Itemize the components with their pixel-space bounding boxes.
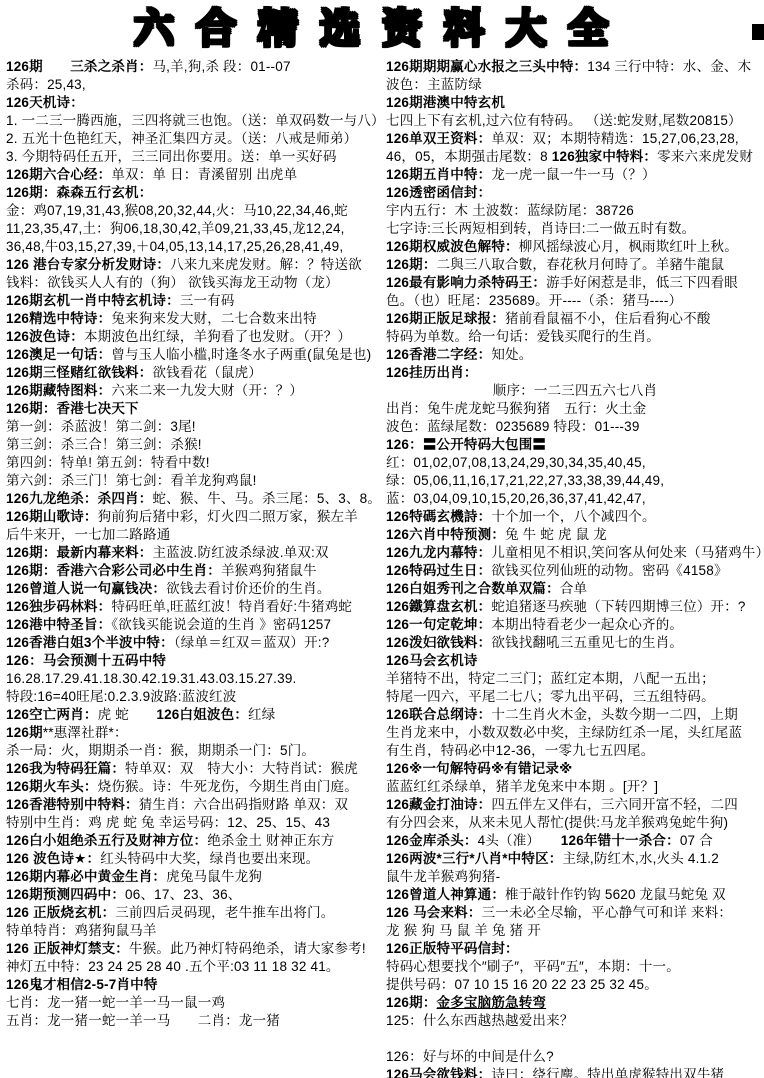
- text-segment: 126期 三杀之杀肖：: [6, 59, 152, 74]
- text-segment: 羊猴鸡狗猪鼠牛: [221, 563, 317, 578]
- text-segment: 126期：最新内幕来料：: [6, 545, 152, 560]
- text-segment: 126六肖中特预测：: [386, 527, 505, 542]
- text-segment: 特单特肖：鸡猪狗鼠马羊: [6, 923, 157, 938]
- text-segment: 126期山歌诗：: [6, 509, 98, 524]
- text-segment: 126马会玄机诗: [386, 653, 478, 668]
- text-segment: 126独步码林料：: [6, 599, 111, 614]
- page: 六合精选资料大全 126期 三杀之杀肖：马,羊,狗,杀 段：01--07杀码：2…: [0, 0, 764, 1078]
- text-segment: 特码为单数。给一句话：爱钱买爬行的生肖。: [386, 329, 660, 344]
- text-segment: 126期：: [386, 257, 437, 272]
- text-line: 126期：最新内幕来料：主蓝波.防红波杀绿波.单双:双: [6, 544, 382, 562]
- text-line: 钱料：欲钱买人人有的（狗） 欲钱买海龙王动物（龙）: [6, 274, 382, 292]
- text-segment: 牛猴。此乃神灯特码绝杀，请大家参考!: [129, 941, 366, 956]
- text-segment: 126期内幕必中黄金生肖：: [6, 869, 166, 884]
- text-segment: 06、17、23、36、: [125, 887, 241, 902]
- text-line: 126 波色诗★：红头特码中大奖，绿肖也要出来现。: [6, 850, 382, 868]
- text-line: 126期**惠澤社群*：: [6, 724, 382, 742]
- text-segment: 第四剑：特单! 第五剑：特看中数!: [6, 455, 210, 470]
- text-line: 龙 猴 狗 马 鼠 羊 兔 猪 开: [386, 922, 764, 940]
- text-line: 126一句定乾坤：本期出特看老少一起众心齐的。: [386, 616, 764, 634]
- text-segment: 46，05，本期强击尾数：8: [386, 149, 552, 164]
- text-segment: 126鐵算盘玄机：: [386, 599, 491, 614]
- text-line: 126期三怪赌红欲钱料：欲钱看花（鼠虎）: [6, 364, 382, 382]
- text-line: 126期玄机一肖中特玄机诗：三一有码: [6, 292, 382, 310]
- text-segment: 四五伴左又伴右，三六同开富不轻，二四: [491, 797, 738, 812]
- text-line: 七字诗:三长两短相到转，肖诗曰:二一做五时有数。: [386, 220, 764, 238]
- text-line: 杀码：25,43,: [6, 76, 382, 94]
- text-line: 126※一句解特码※有错记录※: [386, 760, 764, 778]
- text-segment: 主蓝波.防红波杀绿波.单双:双: [152, 545, 328, 560]
- text-segment: 126期五肖中特：: [386, 167, 491, 182]
- text-line: 波色：蓝绿尾数：0235689 特段：01---39: [386, 418, 764, 436]
- text-line: 126波色诗：本期波色出红绿，羊狗看了也发财。（开？）: [6, 328, 382, 346]
- text-segment: 游手好闲惹是非，低三下四看眼: [546, 275, 738, 290]
- text-segment: 马,羊,狗,杀 段：01--07: [152, 59, 290, 74]
- text-line: 126期山歌诗：狗前狗后猪中彩，灯火四二照万家，猴左羊: [6, 508, 382, 526]
- text-line: 杀一局：火，期期杀一肖：猴，期期杀一门：5门。: [6, 742, 382, 760]
- text-line: 126：〓公开特码大包围〓: [386, 436, 764, 454]
- text-segment: 有分四会来，从来未见人帮忙(提供:马龙羊猴鸡兔蛇牛狗): [386, 815, 728, 830]
- text-segment: 126空亡两肖：: [6, 707, 98, 722]
- text-line: 特码心想要找个″刷子″，平码″五″，本期：十一。: [386, 958, 764, 976]
- text-segment: 红：01,02,07,08,13,24,29,30,34,35,40,45,: [386, 455, 646, 470]
- text-segment: 126期藏特图料：: [6, 383, 111, 398]
- text-segment: 126透密函信封：: [386, 185, 491, 200]
- text-segment: 126正版特平码信封：: [386, 941, 519, 956]
- text-line: 第一剑：杀蓝波！第二剑：3尾!: [6, 418, 382, 436]
- text-segment: 16.28.17.29.41.18.30.42.19.31.43.03.15.2…: [6, 671, 297, 686]
- text-segment: 曾与玉人临小槛,时逢冬水子两重(鼠兔是也): [111, 347, 371, 362]
- text-line: 波色：主蓝防绿: [386, 76, 764, 94]
- text-segment: 126期期期赢心水报之三头中特：: [386, 59, 587, 74]
- text-line: 11,23,35,47,土：狗06,18,30,42,羊09,21,33,45,…: [6, 220, 382, 238]
- text-line: 126期：二與三八取合數，春花秋月何時了。羊豬牛龍鼠: [386, 256, 764, 274]
- text-line: 神灯五中特：23 24 25 28 40 .五个平:03 11 18 32 41…: [6, 958, 382, 976]
- text-segment: 126澳足一句话：: [6, 347, 111, 362]
- text-segment: 欲钱买位列仙班的动物。密码《4158》: [491, 563, 727, 578]
- text-segment: 特码旺单,旺蓝红波！特肖看好:牛猪鸡蛇: [111, 599, 352, 614]
- text-segment: 单双：双；本期特精选：15,27,06,23,28,: [491, 131, 739, 146]
- text-segment: 蛇追猪逐马疾驰（下转四期博三位）开：?: [491, 599, 745, 614]
- text-segment: 126白姐秀刊之合数单双篇：: [386, 581, 560, 596]
- text-segment: 126精选中特诗：: [6, 311, 111, 326]
- text-segment: （绿单＝红双＝蓝双）开:?: [174, 635, 330, 650]
- text-line: 第四剑：特单! 第五剑：特看中数!: [6, 454, 382, 472]
- text-segment: 二與三八取合數，春花秋月何時了。羊豬牛龍鼠: [437, 257, 725, 272]
- text-segment: 柳风摇绿波心月，枫雨欺红叶上秋。: [519, 239, 738, 254]
- text-segment: 126最有影响力杀特码王：: [386, 275, 546, 290]
- text-line: 蓝：03,04,09,10,15,20,26,36,37,41,42,47,: [386, 490, 764, 508]
- text-line: 126澳足一句话：曾与玉人临小槛,时逢冬水子两重(鼠兔是也): [6, 346, 382, 364]
- text-segment: 诗曰：绕行麈。特出单虎猴特出双牛猪: [491, 1067, 724, 1078]
- text-segment: 欲钱去看讨价还价的生肖。: [166, 581, 330, 596]
- text-segment: 本期波色出红绿，羊狗看了也发财。（开？）: [84, 329, 351, 344]
- text-segment: 第六剑：杀三门！第七剑：看羊龙狗鸡鼠!: [6, 473, 257, 488]
- text-segment: 126独家中特料：: [552, 149, 657, 164]
- text-line: 提供号码：07 10 15 16 20 22 23 25 32 45。: [386, 976, 764, 994]
- text-segment: 126期预测四码中：: [6, 887, 125, 902]
- text-segment: 鼠牛龙羊猴鸡狗猪-: [386, 869, 500, 884]
- text-line: 126期六合心经：单双：单 日：青溪留别 出虎单: [6, 166, 382, 184]
- text-segment: 126两波*三行*八肖*中特区：: [386, 851, 563, 866]
- text-segment: 126天机诗：: [6, 95, 84, 110]
- text-segment: 椎于敲针作钓钩 5620 龙鼠马蛇兔 双: [505, 887, 726, 902]
- text-segment: 六来二来一九发大财（开：？）: [111, 383, 303, 398]
- text-line: 126期五肖中特：龙一虎一鼠一牛一马（？）: [386, 166, 764, 184]
- text-segment: 126港中特圣旨：: [6, 617, 111, 632]
- text-line: 126透密函信封：: [386, 184, 764, 202]
- text-segment: 三一未必全尽输，平心静气可和详 来料：: [482, 905, 733, 920]
- text-segment: 126 正版烧玄机：: [6, 905, 115, 920]
- text-segment: 3. 今期特码任五开，三三同出你要用。送：单一买好码: [6, 149, 337, 164]
- text-line: 16.28.17.29.41.18.30.42.19.31.43.03.15.2…: [6, 670, 382, 688]
- text-line: 鼠牛龙羊猴鸡狗猪-: [386, 868, 764, 886]
- text-segment: 07 合: [680, 833, 713, 848]
- text-line: 顺序：一二三四五六七八肖: [386, 382, 764, 400]
- text-line: 126香港二字经：知处。: [386, 346, 764, 364]
- text-segment: 126※一句解特码※有错记录※: [386, 761, 572, 776]
- text-segment: 126波色诗：: [6, 329, 84, 344]
- text-segment: 1. 一二三一腾西施，三四将就三也饱。（送：单双码数一与八）: [6, 113, 382, 128]
- text-line: 126天机诗：: [6, 94, 382, 112]
- text-segment: 特别中生肖：鸡 虎 蛇 兔 幸运号码：12、25、15、43: [6, 815, 330, 830]
- text-segment: 金多宝脑筋急转弯: [437, 995, 547, 1010]
- text-line: 126香港特别中特料：猜生肖：六合出码指财路 单双：双: [6, 796, 382, 814]
- text-line: 3. 今期特码任五开，三三同出你要用。送：单一买好码: [6, 148, 382, 166]
- text-line: 126最有影响力杀特码王：游手好闲惹是非，低三下四看眼: [386, 274, 764, 292]
- page-title: 六合精选资料大全: [0, 0, 764, 58]
- content-columns: 126期 三杀之杀肖：马,羊,狗,杀 段：01--07杀码：25,43,126天…: [0, 58, 764, 1078]
- text-segment: 126一句定乾坤：: [386, 617, 491, 632]
- text-segment: 第三剑：杀三合！第三剑：杀猴!: [6, 437, 202, 452]
- text-segment: 蓝：03,04,09,10,15,20,26,36,37,41,42,47,: [386, 491, 646, 506]
- text-segment: 126期：: [386, 995, 437, 1010]
- text-segment: 单双：单 日：青溪留别 出虎单: [111, 167, 297, 182]
- text-segment: 提供号码：07 10 15 16 20 22 23 25 32 45。: [386, 977, 658, 992]
- text-line: 第六剑：杀三门！第七剑：看羊龙狗鸡鼠!: [6, 472, 382, 490]
- text-line: 126六肖中特预测：兔 牛 蛇 虎 鼠 龙: [386, 526, 764, 544]
- text-line: 蓝蓝红红杀绿单，猪羊龙兔来中本期 。[开？]: [386, 778, 764, 796]
- left-column: 126期 三杀之杀肖：马,羊,狗,杀 段：01--07杀码：25,43,126天…: [0, 58, 382, 1030]
- text-line: 126空亡两肖：虎 蛇 126白姐波色：红绿: [6, 706, 382, 724]
- text-segment: 126九龙绝杀：杀四肖：: [6, 491, 152, 506]
- text-segment: 126：〓公开特码大包围〓: [386, 437, 546, 452]
- text-segment: 本期出特看老少一起众心齐的。: [491, 617, 683, 632]
- text-line: 126期：香港七决天下: [6, 400, 382, 418]
- text-segment: 126期港澳中特玄机: [386, 95, 505, 110]
- text-segment: 八来九来虎发财。解：？特送欲: [170, 257, 362, 272]
- text-segment: 绿：05,06,11,16,17,21,22,27,33,38,39,44,49…: [386, 473, 664, 488]
- text-line: 第三剑：杀三合！第三剑：杀猴!: [6, 436, 382, 454]
- text-segment: 兔来狗来发大财，二七合数来出特: [111, 311, 317, 326]
- text-line: 126九龙内幕特：儿童相见不相识,笑问客从何处来（马猪鸡牛）: [386, 544, 764, 562]
- text-segment: 134 三行中特：水、金、木: [587, 59, 751, 74]
- text-segment: 主绿,防红木,水,火头 4.1.2: [563, 851, 719, 866]
- text-segment: 色。（也）旺尾：235689。开----（杀：猪马----）: [386, 293, 682, 308]
- text-segment: 《欲钱买能说会道的生肖 》密码1257: [111, 617, 331, 632]
- text-line: 126金库杀头：4头（准） 126年错十一杀合：07 合: [386, 832, 764, 850]
- text-line: 126马会玄机诗: [386, 652, 764, 670]
- text-segment: 生肖龙来中，小数双数必中奖，主绿防红杀一尾，头红尾蓝: [386, 725, 742, 740]
- text-segment: 2. 五光十色艳红天，神圣汇集四方灵。（送：八戒是师弟）: [6, 131, 357, 146]
- text-segment: 波色：蓝绿尾数：0235689 特段：01---39: [386, 419, 640, 434]
- text-line: 126独步码林料：特码旺单,旺蓝红波！特肖看好:牛猪鸡蛇: [6, 598, 382, 616]
- text-segment: 126我为特码狂篇：: [6, 761, 125, 776]
- text-segment: 三一有码: [180, 293, 235, 308]
- text-line: 126曾道人说一句赢钱决：欲钱去看讨价还价的生肖。: [6, 580, 382, 598]
- text-line: 126马会欲钱料：诗曰：绕行麈。特出单虎猴特出双牛猪: [386, 1066, 764, 1078]
- text-line: 126期港澳中特玄机: [386, 94, 764, 112]
- corner-mark: [752, 24, 764, 40]
- text-line: 126白小姐绝杀五行及财神方位：绝杀金土 财神正东方: [6, 832, 382, 850]
- text-segment: 126年错十一杀合：: [561, 833, 680, 848]
- text-segment: 羊猪特不出，特定二三门；蓝红定本期，八配一五出；: [386, 671, 715, 686]
- text-segment: 有生肖，特码必中12-36，一零九七五四尾。: [386, 743, 654, 758]
- text-segment: 126：好与坏的中间是什么?: [386, 1049, 554, 1064]
- text-line: 36,48,牛03,15,27,39,＋04,05,13,14,17,25,26…: [6, 238, 382, 256]
- text-segment: 126期火车头：: [6, 779, 98, 794]
- text-segment: 狗前狗后猪中彩，灯火四二照万家，猴左羊: [98, 509, 358, 524]
- text-segment: 125：什么东西越热越爱出来？: [386, 1013, 574, 1028]
- text-segment: 第一剑：杀蓝波！第二剑：3尾!: [6, 419, 196, 434]
- text-segment: 特尾一四六，平尾二七八；零九出平码，三五组特码。: [386, 689, 715, 704]
- text-segment: 126期：森森五行玄机：: [6, 185, 152, 200]
- text-line: 特码为单数。给一句话：爱钱买爬行的生肖。: [386, 328, 764, 346]
- text-segment: 后牛来开，一七加二路路通: [6, 527, 170, 542]
- text-segment: 龙一虎一鼠一牛一马（？）: [491, 167, 655, 182]
- text-segment: 126藏金打油诗：: [386, 797, 491, 812]
- text-line: 2. 五光十色艳红天，神圣汇集四方灵。（送：八戒是师弟）: [6, 130, 382, 148]
- text-line: 46，05，本期强击尾数：8 126独家中特料：零来六来虎发财: [386, 148, 764, 166]
- text-line: 126期内幕必中黄金生肖：虎兔马鼠牛龙狗: [6, 868, 382, 886]
- text-line: 126白姐秀刊之合数单双篇：合单: [386, 580, 764, 598]
- text-segment: 126期权威波色解特：: [386, 239, 519, 254]
- text-segment: 特段:16=40旺尾:0.2.3.9波路:蓝波红波: [6, 689, 236, 704]
- text-line: 126期藏特图料：六来二来一九发大财（开：？）: [6, 382, 382, 400]
- text-segment: 126金库杀头：: [386, 833, 478, 848]
- text-segment: 126香港白姐3个半波中特：: [6, 635, 174, 650]
- text-segment: 126期：香港六合彩公司必中生肖：: [6, 563, 221, 578]
- text-segment: 126期六合心经：: [6, 167, 111, 182]
- text-line: 126两波*三行*八肖*中特区：主绿,防红木,水,火头 4.1.2: [386, 850, 764, 868]
- text-line: 有分四会来，从来未见人帮忙(提供:马龙羊猴鸡兔蛇牛狗): [386, 814, 764, 832]
- text-line: 126我为特码狂篇：特单双：双 特大小：大特肖试：猴虎: [6, 760, 382, 778]
- text-segment: 烧伤猴。诗：牛死龙伤，今期生肖由门庭。: [98, 779, 358, 794]
- text-segment: 五肖：龙一猪一蛇一羊一马 二肖：龙一猪: [6, 1013, 280, 1028]
- text-segment: 126香港二字经：: [386, 347, 491, 362]
- text-segment: 杀码：25,43,: [6, 77, 86, 92]
- text-segment: 126马会欲钱料：: [386, 1067, 491, 1078]
- text-line: 特段:16=40旺尾:0.2.3.9波路:蓝波红波: [6, 688, 382, 706]
- text-segment: 126特码过生日：: [386, 563, 491, 578]
- text-line: 羊猪特不出，特定二三门；蓝红定本期，八配一五出；: [386, 670, 764, 688]
- text-line: 125：什么东西越热越爱出来？: [386, 1012, 764, 1030]
- text-segment: 红头特码中大奖，绿肖也要出来现。: [100, 851, 319, 866]
- text-line: 特别中生肖：鸡 虎 蛇 兔 幸运号码：12、25、15、43: [6, 814, 382, 832]
- text-line: 126 马会来料：三一未必全尽输，平心静气可和详 来料：: [386, 904, 764, 922]
- text-segment: 合单: [560, 581, 587, 596]
- text-segment: 126期正版足球报：: [386, 311, 505, 326]
- text-line: 126联合总纲诗：十二生肖火木金，头数今期一二四，上期: [386, 706, 764, 724]
- text-line: 126期期期赢心水报之三头中特：134 三行中特：水、金、木: [386, 58, 764, 76]
- text-segment: 欲钱找翻吼三五重见七的生肖。: [491, 635, 683, 650]
- text-line: 126单双王资料：单双：双；本期特精选：15,27,06,23,28,: [386, 130, 764, 148]
- text-segment: 126曾道人说一句赢钱决：: [6, 581, 166, 596]
- text-line: 特单特肖：鸡猪狗鼠马羊: [6, 922, 382, 940]
- text-line: 红：01,02,07,08,13,24,29,30,34,35,40,45,: [386, 454, 764, 472]
- text-line: 126挂历出肖：: [386, 364, 764, 382]
- text-segment: 七肖：龙一猪一蛇一羊一马一鼠一鸡: [6, 995, 225, 1010]
- text-segment: 126香港特别中特料：: [6, 797, 139, 812]
- text-segment: 11,23,35,47,土：狗06,18,30,42,羊09,21,33,45,…: [6, 221, 345, 236]
- text-segment: 七字诗:三长两短相到转，肖诗曰:二一做五时有数。: [386, 221, 695, 236]
- text-segment: 宇内五行：木 土波数：蓝绿防尾：38726: [386, 203, 634, 218]
- text-segment: 绝杀金土 财神正东方: [207, 833, 334, 848]
- text-segment: 126期: [6, 725, 43, 740]
- text-segment: 126鬼才相信2-5-7肖中特: [6, 977, 158, 992]
- text-line: 126期正版足球报：猪前看鼠福不小，住后看狗心不酸: [386, 310, 764, 328]
- right-column: 126期期期赢心水报之三头中特：134 三行中特：水、金、木波色：主蓝防绿126…: [382, 58, 764, 1078]
- text-segment: 出肖：兔牛虎龙蛇马猴狗猪 五行：火土金: [386, 401, 646, 416]
- text-segment: 特码心想要找个″刷子″，平码″五″，本期：十一。: [386, 959, 680, 974]
- text-line: 生肖龙来中，小数双数必中奖，主绿防红杀一尾，头红尾蓝: [386, 724, 764, 742]
- text-segment: 钱料：欲钱买人人有的（狗） 欲钱买海龙王动物（龙）: [6, 275, 339, 290]
- title-row: 六合精选资料大全: [0, 0, 764, 58]
- text-line: 七四上下有玄机,过六位有特码。 （送:蛇发财,尾数20815）: [386, 112, 764, 130]
- text-line: 126期火车头：烧伤猴。诗：牛死龙伤，今期生肖由门庭。: [6, 778, 382, 796]
- text-line: 126精选中特诗：兔来狗来发大财，二七合数来出特: [6, 310, 382, 328]
- text-line: 126泼妇欲钱料：欲钱找翻吼三五重见七的生肖。: [386, 634, 764, 652]
- text-segment: 杀一局：火，期期杀一肖：猴，期期杀一门：5门。: [6, 743, 315, 758]
- text-segment: 猜生肖：六合出码指财路 单双：双: [139, 797, 348, 812]
- text-line: 1. 一二三一腾西施，三四将就三也饱。（送：单双码数一与八）: [6, 112, 382, 130]
- text-segment: 126联合总纲诗：: [386, 707, 491, 722]
- text-line: 126鬼才相信2-5-7肖中特: [6, 976, 382, 994]
- text-segment: 126曾道人神算通：: [386, 887, 505, 902]
- text-segment: 126 马会来料：: [386, 905, 482, 920]
- text-line: 五肖：龙一猪一蛇一羊一马 二肖：龙一猪: [6, 1012, 382, 1030]
- text-line: 126曾道人神算通：椎于敲针作钓钩 5620 龙鼠马蛇兔 双: [386, 886, 764, 904]
- text-segment: **惠澤社群*：: [43, 725, 128, 740]
- text-line: 126正版特平码信封：: [386, 940, 764, 958]
- text-line: 后牛来开，一七加二路路通: [6, 526, 382, 544]
- text-segment: 126 波色诗★：: [6, 851, 100, 866]
- text-segment: 十二生肖火木金，头数今期一二四，上期: [491, 707, 738, 722]
- text-line: 126鐵算盘玄机：蛇追猪逐马疾驰（下转四期博三位）开：?: [386, 598, 764, 616]
- text-segment: 虎 蛇: [98, 707, 157, 722]
- text-line: 126：马会预测十五码中特: [6, 652, 382, 670]
- text-segment: 126特碼玄機詩：: [386, 509, 491, 524]
- text-line: [386, 1030, 764, 1048]
- text-segment: 126挂历出肖：: [386, 365, 478, 380]
- text-line: 出肖：兔牛虎龙蛇马猴狗猪 五行：火土金: [386, 400, 764, 418]
- text-segment: 126 正版神灯禁支：: [6, 941, 129, 956]
- text-segment: 零来六来虎发财: [657, 149, 753, 164]
- text-line: 126特碼玄機詩：十个加一个，八个减四个。: [386, 508, 764, 526]
- text-segment: 十个加一个，八个减四个。: [491, 509, 655, 524]
- text-segment: 虎兔马鼠牛龙狗: [166, 869, 262, 884]
- text-segment: 三前四后灵码现，老牛推车出将门。: [115, 905, 334, 920]
- text-segment: 特单双：双 特大小：大特肖试：猴虎: [125, 761, 358, 776]
- text-segment: 126泼妇欲钱料：: [386, 635, 491, 650]
- text-segment: 126期：香港七决天下: [6, 401, 139, 416]
- text-line: 有生肖，特码必中12-36，一零九七五四尾。: [386, 742, 764, 760]
- text-line: 宇内五行：木 土波数：蓝绿防尾：38726: [386, 202, 764, 220]
- text-segment: 126白小姐绝杀五行及财神方位：: [6, 833, 207, 848]
- text-segment: 4头（准）: [478, 833, 561, 848]
- text-line: 126期：森森五行玄机：: [6, 184, 382, 202]
- text-line: 126特码过生日：欲钱买位列仙班的动物。密码《4158》: [386, 562, 764, 580]
- text-segment: 36,48,牛03,15,27,39,＋04,05,13,14,17,25,26…: [6, 239, 343, 254]
- text-segment: 神灯五中特：23 24 25 28 40 .五个平:03 11 18 32 41…: [6, 959, 340, 974]
- text-line: 126 港台专家分析发财诗：八来九来虎发财。解：？特送欲: [6, 256, 382, 274]
- text-line: 126期 三杀之杀肖：马,羊,狗,杀 段：01--07: [6, 58, 382, 76]
- text-segment: 欲钱看花（鼠虎）: [152, 365, 262, 380]
- text-line: 126 正版烧玄机：三前四后灵码现，老牛推车出将门。: [6, 904, 382, 922]
- text-line: 特尾一四六，平尾二七八；零九出平码，三五组特码。: [386, 688, 764, 706]
- text-segment: 七四上下有玄机,过六位有特码。 （送:蛇发财,尾数20815）: [386, 113, 742, 128]
- text-line: 126 正版神灯禁支：牛猴。此乃神灯特码绝杀，请大家参考!: [6, 940, 382, 958]
- text-segment: 波色：主蓝防绿: [386, 77, 482, 92]
- text-segment: 金：鸡07,19,31,43,猴08,20,32,44,火：马10,22,34,…: [6, 203, 348, 218]
- text-segment: 红绿: [248, 707, 275, 722]
- text-line: 七肖：龙一猪一蛇一羊一马一鼠一鸡: [6, 994, 382, 1012]
- text-segment: 儿童相见不相识,笑问客从何处来（马猪鸡牛）: [491, 545, 764, 560]
- text-segment: 126九龙内幕特：: [386, 545, 491, 560]
- text-line: 126期权威波色解特：柳风摇绿波心月，枫雨欺红叶上秋。: [386, 238, 764, 256]
- text-line: 126藏金打油诗：四五伴左又伴右，三六同开富不轻，二四: [386, 796, 764, 814]
- text-segment: 126期玄机一肖中特玄机诗：: [6, 293, 180, 308]
- text-line: 金：鸡07,19,31,43,猴08,20,32,44,火：马10,22,34,…: [6, 202, 382, 220]
- text-segment: 126：马会预测十五码中特: [6, 653, 166, 668]
- text-segment: 126 港台专家分析发财诗：: [6, 257, 170, 272]
- text-segment: 蓝蓝红红杀绿单，猪羊龙兔来中本期 。[开？]: [386, 779, 658, 794]
- text-line: 126：好与坏的中间是什么?: [386, 1048, 764, 1066]
- text-line: 126港中特圣旨：《欲钱买能说会道的生肖 》密码1257: [6, 616, 382, 634]
- text-segment: 蛇、猴、牛、马。杀三尾：5、3、8。: [152, 491, 381, 506]
- text-line: 126香港白姐3个半波中特：（绿单＝红双＝蓝双）开:?: [6, 634, 382, 652]
- text-segment: 猪前看鼠福不小，住后看狗心不酸: [505, 311, 711, 326]
- text-segment: 126期三怪赌红欲钱料：: [6, 365, 152, 380]
- text-line: 126期预测四码中：06、17、23、36、: [6, 886, 382, 904]
- text-segment: 顺序：一二三四五六七八肖: [493, 383, 657, 398]
- text-line: 绿：05,06,11,16,17,21,22,27,33,38,39,44,49…: [386, 472, 764, 490]
- text-segment: 知处。: [491, 347, 532, 362]
- text-line: 色。（也）旺尾：235689。开----（杀：猪马----）: [386, 292, 764, 310]
- text-line: 126期：金多宝脑筋急转弯: [386, 994, 764, 1012]
- text-segment: 兔 牛 蛇 虎 鼠 龙: [505, 527, 607, 542]
- text-segment: 龙 猴 狗 马 鼠 羊 兔 猪 开: [386, 923, 541, 938]
- text-line: 126九龙绝杀：杀四肖：蛇、猴、牛、马。杀三尾：5、3、8。: [6, 490, 382, 508]
- text-line: 126期：香港六合彩公司必中生肖：羊猴鸡狗猪鼠牛: [6, 562, 382, 580]
- text-segment: 126白姐波色：: [156, 707, 248, 722]
- text-segment: 126单双王资料：: [386, 131, 491, 146]
